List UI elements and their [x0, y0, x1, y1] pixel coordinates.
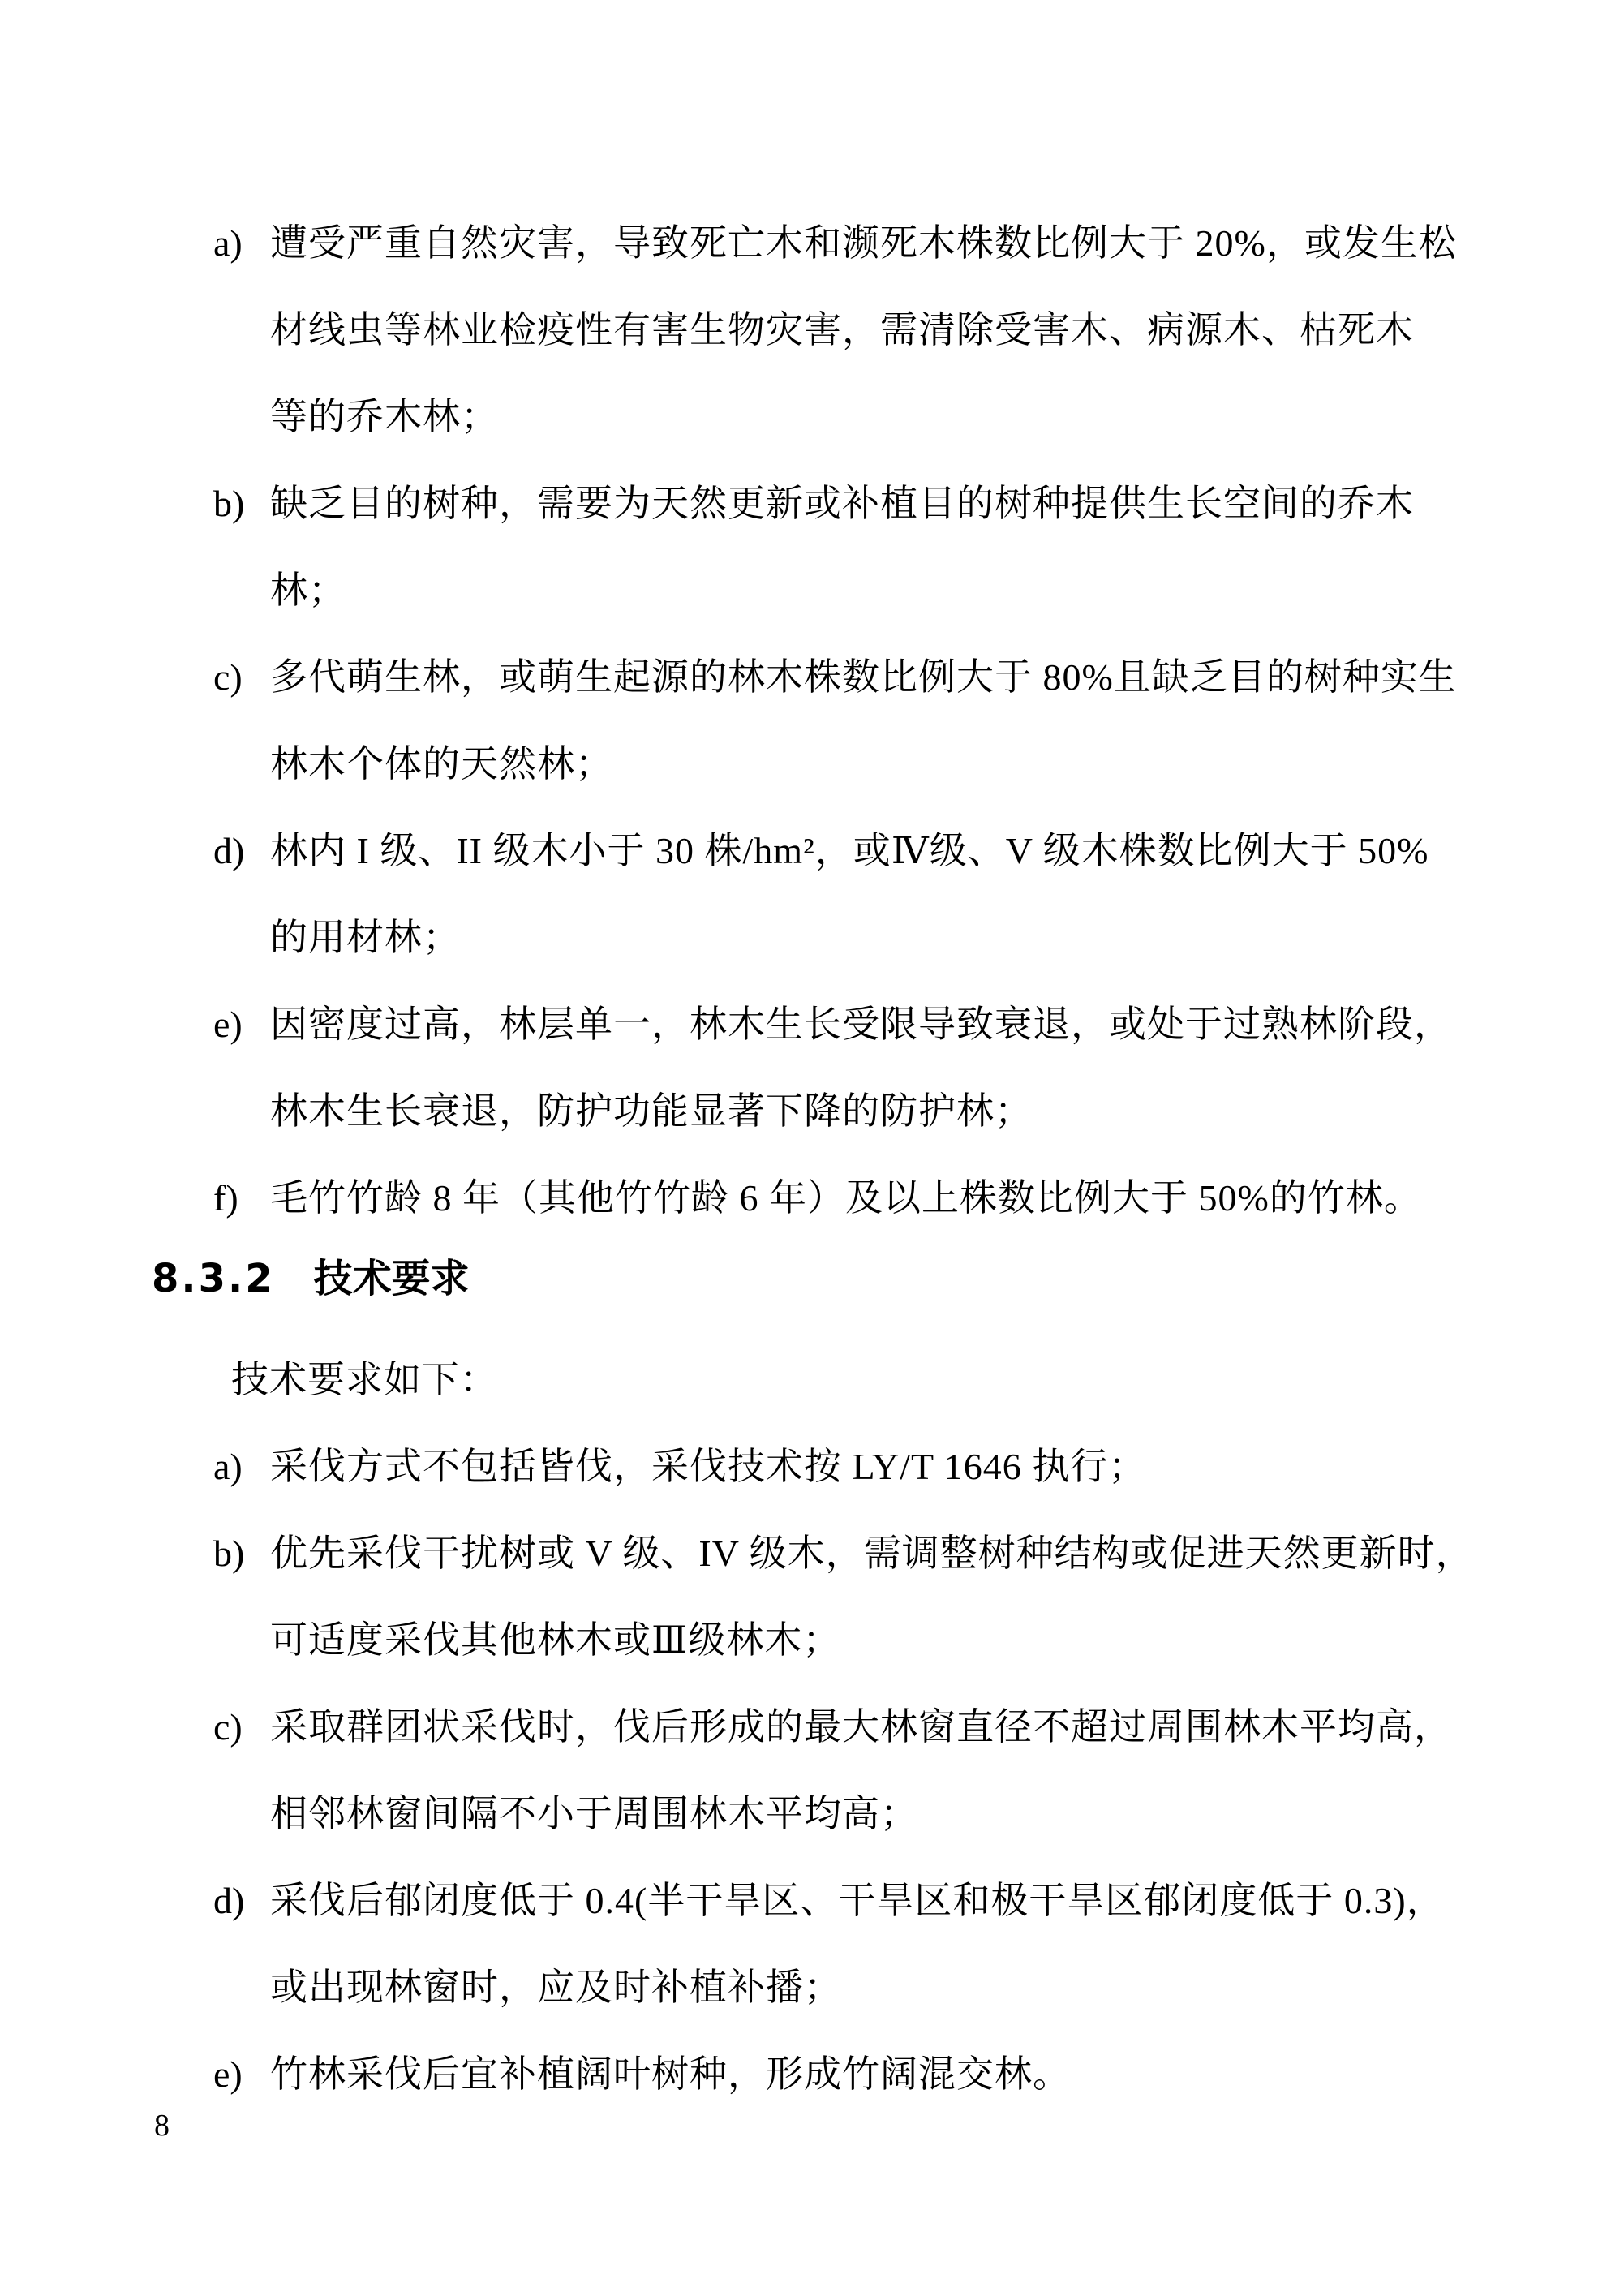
- list-item-f: f) 毛竹竹龄 8 年（其他竹竹龄 6 年）及以上株数比例大于 50%的竹林。: [270, 1154, 1446, 1241]
- item-line: 材线虫等林业检疫性有害生物灾害，需清除受害木、病源木、枯死木: [270, 286, 1446, 373]
- item-label: a): [213, 1423, 243, 1510]
- list-item-e: e) 因密度过高，林层单一，林木生长受限导致衰退，或处于过熟林阶段， 林木生长衰…: [270, 981, 1446, 1154]
- item-label: e): [213, 981, 243, 1068]
- page-content: a) 遭受严重自然灾害，导致死亡木和濒死木株数比例大于 20%，或发生松 材线虫…: [0, 0, 1624, 2118]
- item-line: 或出现林窗时，应及时补植补播；: [270, 1944, 1446, 2031]
- item-line: 采伐后郁闭度低于 0.4(半干旱区、干旱区和极干旱区郁闭度低于 0.3)，: [270, 1857, 1446, 1944]
- heading-title: 技术要求: [314, 1256, 470, 1301]
- item-line: 遭受严重自然灾害，导致死亡木和濒死木株数比例大于 20%，或发生松: [270, 200, 1446, 286]
- item-line: 林木个体的天然林；: [270, 720, 1446, 807]
- item-line: 采取群团状采伐时，伐后形成的最大林窗直径不超过周围林木平均高，: [270, 1683, 1446, 1770]
- list-item-d: d) 采伐后郁闭度低于 0.4(半干旱区、干旱区和极干旱区郁闭度低于 0.3)，…: [270, 1857, 1446, 2031]
- list-item-e: e) 竹林采伐后宜补植阔叶树种，形成竹阔混交林。: [270, 2031, 1446, 2118]
- list-item-a: a) 遭受严重自然灾害，导致死亡木和濒死木株数比例大于 20%，或发生松 材线虫…: [270, 200, 1446, 460]
- item-line: 采伐方式不包括皆伐，采伐技术按 LY/T 1646 执行；: [270, 1423, 1446, 1510]
- item-line: 林；: [270, 547, 1446, 634]
- list-item-c: c) 采取群团状采伐时，伐后形成的最大林窗直径不超过周围林木平均高， 相邻林窗间…: [270, 1683, 1446, 1857]
- item-line: 缺乏目的树种，需要为天然更新或补植目的树种提供生长空间的乔木: [270, 460, 1446, 547]
- section-heading: 8.3.2技术要求: [152, 1241, 1624, 1316]
- requirements-list: a) 采伐方式不包括皆伐，采伐技术按 LY/T 1646 执行； b) 优先采伐…: [0, 1423, 1624, 2118]
- item-label: d): [213, 1857, 244, 1944]
- item-label: e): [213, 2031, 243, 2118]
- item-line: 相邻林窗间隔不小于周围林木平均高；: [270, 1770, 1446, 1857]
- item-line: 多代萌生林，或萌生起源的林木株数比例大于 80%且缺乏目的树种实生: [270, 634, 1446, 720]
- page-number: 8: [154, 2106, 170, 2145]
- item-line: 林内 I 级、II 级木小于 30 株/hm²，或Ⅳ级、V 级木株数比例大于 5…: [270, 807, 1446, 894]
- item-line: 的用材林；: [270, 894, 1446, 981]
- item-line: 因密度过高，林层单一，林木生长受限导致衰退，或处于过熟林阶段，: [270, 981, 1446, 1068]
- item-label: f): [213, 1154, 238, 1241]
- item-label: d): [213, 807, 244, 894]
- item-label: c): [213, 634, 243, 720]
- item-line: 竹林采伐后宜补植阔叶树种，形成竹阔混交林。: [270, 2031, 1446, 2118]
- item-line: 优先采伐干扰树或 V 级、IV 级木，需调整树种结构或促进天然更新时，: [270, 1510, 1446, 1597]
- intro-paragraph: 技术要求如下：: [231, 1336, 1624, 1423]
- item-label: c): [213, 1683, 243, 1770]
- item-label: b): [213, 460, 244, 547]
- conditions-list: a) 遭受严重自然灾害，导致死亡木和濒死木株数比例大于 20%，或发生松 材线虫…: [0, 200, 1624, 1241]
- item-line: 等的乔木林；: [270, 373, 1446, 460]
- list-item-a: a) 采伐方式不包括皆伐，采伐技术按 LY/T 1646 执行；: [270, 1423, 1446, 1510]
- item-line: 可适度采伐其他林木或Ⅲ级林木；: [270, 1597, 1446, 1683]
- list-item-b: b) 缺乏目的树种，需要为天然更新或补植目的树种提供生长空间的乔木 林；: [270, 460, 1446, 634]
- item-label: b): [213, 1510, 244, 1597]
- list-item-d: d) 林内 I 级、II 级木小于 30 株/hm²，或Ⅳ级、V 级木株数比例大…: [270, 807, 1446, 981]
- item-line: 毛竹竹龄 8 年（其他竹竹龄 6 年）及以上株数比例大于 50%的竹林。: [270, 1154, 1446, 1241]
- document-page: a) 遭受严重自然灾害，导致死亡木和濒死木株数比例大于 20%，或发生松 材线虫…: [0, 0, 1624, 2296]
- list-item-b: b) 优先采伐干扰树或 V 级、IV 级木，需调整树种结构或促进天然更新时， 可…: [270, 1510, 1446, 1683]
- item-line: 林木生长衰退，防护功能显著下降的防护林；: [270, 1068, 1446, 1154]
- heading-number: 8.3.2: [152, 1256, 275, 1301]
- list-item-c: c) 多代萌生林，或萌生起源的林木株数比例大于 80%且缺乏目的树种实生 林木个…: [270, 634, 1446, 807]
- item-label: a): [213, 200, 243, 286]
